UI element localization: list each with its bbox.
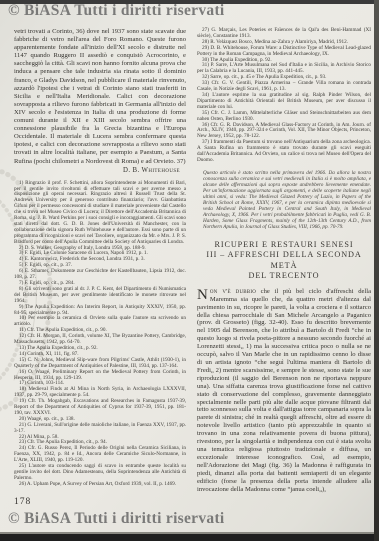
drop-cap: N bbox=[197, 288, 210, 303]
footnote: 1) Ringrazio il prof. F. Schettini, allo… bbox=[14, 181, 186, 246]
footnote: 19) Cfr. Th. Mogabgab, Excavations and R… bbox=[14, 399, 186, 417]
right-column: 27) G. Marçais, Les Poteries et Faïences… bbox=[197, 28, 371, 493]
footnote: 29) D. B. Whitehouse, Forum Ware: a Dist… bbox=[197, 46, 371, 58]
scan-border-bottom bbox=[0, 534, 379, 541]
paragraph-text: che il più bel ciclo d'affreschi della M… bbox=[197, 288, 371, 493]
footnote: 15) C. N. Johns, Medieval Slip-ware from… bbox=[14, 358, 186, 370]
section-opening-paragraph: Non v'è dubbio che il più bel ciclo d'af… bbox=[197, 288, 371, 494]
section-title-line: III – AFFRESCHI DELLA SECONDA METÀ bbox=[197, 250, 371, 271]
copyright-watermark-bottom: © BiASA Tutti i diritti riservati bbox=[8, 510, 225, 528]
author-signature: D. B. Whitehouse bbox=[14, 167, 180, 174]
section-title-line: RICUPERI E RESTAURI SENESI bbox=[197, 240, 371, 251]
article-closing-paragraph: vetri trovati a Corinto, 36) dove nel 19… bbox=[14, 28, 186, 166]
footnotes-right: 27) G. Marçais, Les Poteries et Faïences… bbox=[197, 28, 371, 164]
footnote: 36) Cfr. G. R. Davidson, A Medieval Glas… bbox=[197, 123, 371, 141]
scanned-page: © BiASA Tutti i diritti riservati vetri … bbox=[0, 0, 379, 541]
left-column: vetri trovati a Corinto, 36) dove nel 19… bbox=[14, 28, 186, 507]
page-number: 178 bbox=[14, 497, 186, 507]
footnote: 25) L'autore sta conducendo saggi di sca… bbox=[14, 464, 186, 482]
footnote: 24) Cfr. G. Russo Perez, Il Periodo dell… bbox=[14, 446, 186, 464]
postscript-note: Questo articolo è stato scritto nella pr… bbox=[203, 170, 371, 230]
footnote: 35) Cfr. C. J. Lamm, Mittelalterliche Gl… bbox=[197, 111, 371, 123]
section-title-line: DEL TRECENTO bbox=[197, 271, 371, 282]
footnotes-left: 1) Ringrazio il prof. F. Schettini, allo… bbox=[14, 181, 186, 488]
scan-border-right bbox=[374, 0, 379, 541]
footnote: 37) I frammenti da Paestum si trovano ne… bbox=[197, 140, 371, 164]
section-heading: RICUPERI E RESTAURI SENESI III – AFFRESC… bbox=[197, 240, 371, 282]
footnote: 8) Gli scriventi sono grati al dr. J. P.… bbox=[14, 287, 186, 305]
footnote: 26) A. Upham Pope, A Survey of Persian A… bbox=[14, 482, 186, 488]
footnote: 34) L'autore esprime la sua gratitudine … bbox=[197, 93, 371, 111]
copyright-watermark-top: © BiASA Tutti i diritti riservati bbox=[8, 2, 225, 20]
footnote: 21) G. Liverani, Sull'origine delle maio… bbox=[14, 423, 186, 435]
lead-in-small-caps: on v'è dubbio bbox=[210, 288, 256, 295]
